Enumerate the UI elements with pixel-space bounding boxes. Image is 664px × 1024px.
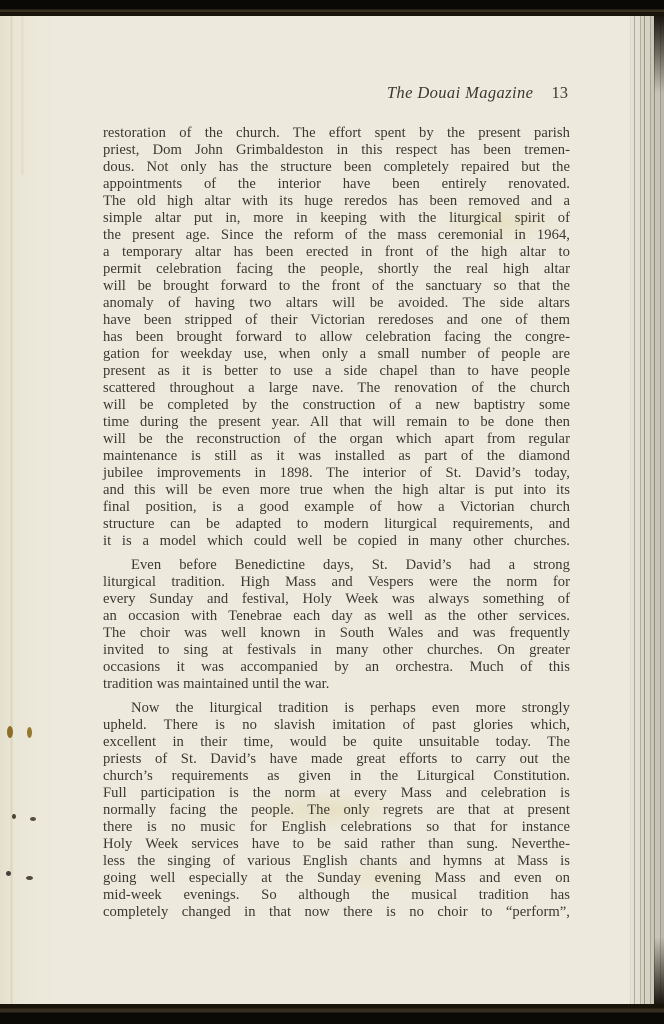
foxing-speck [12,814,16,819]
text-line: every Sunday and festival, Holy Week was… [103,591,570,608]
foxing-speck [7,726,13,738]
text-line: going well especially at the Sunday even… [103,870,570,887]
foxing-speck [6,871,11,876]
text-line: will be the reconstruction of the organ … [103,431,570,448]
paragraph: Now the liturgical tradition is perhaps … [103,700,570,921]
page-number: 13 [552,83,569,102]
body-text: restoration of the church. The effort sp… [103,125,570,921]
text-line: present as it is better to use a side ch… [103,363,570,380]
text-line: permit celebration facing the people, sh… [103,261,570,278]
text-line: an occasion with Tenebrae each day as we… [103,608,570,625]
text-line: simple altar put in, more in keeping wit… [103,210,570,227]
page-edge-stack [628,13,664,1007]
text-line: mid-week evenings. So although the music… [103,887,570,904]
foxing-speck [27,727,32,738]
text-line: anomaly of having two altars will be avo… [103,295,570,312]
text-line: dous. Not only has the structure been co… [103,159,570,176]
text-line: liturgical tradition. High Mass and Vesp… [103,574,570,591]
text-line: Even before Benedictine days, St. David’… [103,557,570,574]
text-line: Holy Week services have to be said rathe… [103,836,570,853]
journal-title: The Douai Magazine [387,83,534,102]
text-line: priests of St. David’s have made great e… [103,751,570,768]
text-line: appointments of the interior have been e… [103,176,570,193]
book-cover-bottom [0,1004,664,1024]
cover-corner-bottom [654,937,664,1007]
book-photo: The Douai Magazine 13 restoration of the… [0,0,664,1024]
text-line: Full participation is the norm at every … [103,785,570,802]
text-line: it is a model which could well be copied… [103,533,570,550]
page: The Douai Magazine 13 restoration of the… [0,15,656,1004]
text-line: the present age. Since the reform of the… [103,227,570,244]
book-cover-top [0,0,664,16]
text-line: invited to sing at festivals in many oth… [103,642,570,659]
page-content: The Douai Magazine 13 restoration of the… [103,83,570,921]
running-head: The Douai Magazine 13 [103,83,570,103]
text-line: restoration of the church. The effort sp… [103,125,570,142]
text-line: gation for weekday use, when only a smal… [103,346,570,363]
text-line: structure can be adapted to modern litur… [103,516,570,533]
text-line: normally facing the people. The only reg… [103,802,570,819]
text-line: completely changed in that now there is … [103,904,570,921]
foxing-speck [26,876,33,880]
text-line: have been stripped of their Victorian re… [103,312,570,329]
text-line: maintenance is still as it was installed… [103,448,570,465]
text-line: priest, Dom John Grimbaldeston in this r… [103,142,570,159]
text-line: time during the present year. All that w… [103,414,570,431]
text-line: The choir was well known in South Wales … [103,625,570,642]
text-line: less the singing of various English chan… [103,853,570,870]
text-line: excellent in their time, would be quite … [103,734,570,751]
text-line: church’s requirements as given in the Li… [103,768,570,785]
text-line: final position, is a good example of how… [103,499,570,516]
text-line: upheld. There is no slavish imitation of… [103,717,570,734]
text-line: tradition was maintained until the war. [103,676,570,693]
foxing-speck [30,817,36,821]
text-line: a temporary altar has been erected in fr… [103,244,570,261]
paragraph: restoration of the church. The effort sp… [103,125,570,550]
page-crease [21,15,24,175]
page-edge-shade [628,13,664,1007]
text-line: occasions it was accompanied by an orche… [103,659,570,676]
text-line: will be completed by the construction of… [103,397,570,414]
cover-corner-top [654,13,664,93]
text-line: has been brought forward to allow celebr… [103,329,570,346]
text-line: and this will be even more true when the… [103,482,570,499]
page-crease [10,15,13,1004]
text-line: The old high altar with its huge reredos… [103,193,570,210]
text-line: Now the liturgical tradition is perhaps … [103,700,570,717]
text-line: will be brought forward to the front of … [103,278,570,295]
paragraph: Even before Benedictine days, St. David’… [103,557,570,693]
text-line: scattered throughout a large nave. The r… [103,380,570,397]
text-line: jubilee improvements in 1898. The interi… [103,465,570,482]
text-line: there is no music for English celebratio… [103,819,570,836]
